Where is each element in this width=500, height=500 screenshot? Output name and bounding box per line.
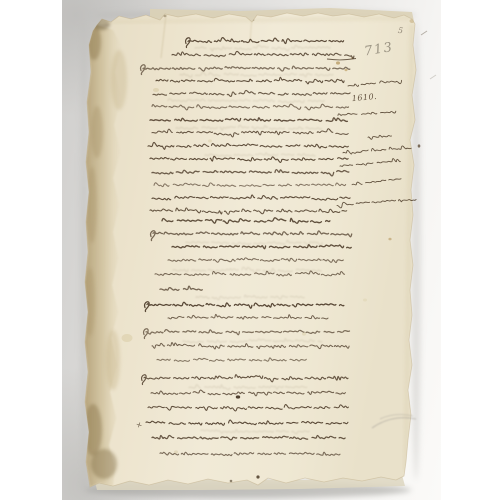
stain-blotch [91, 106, 103, 158]
page-canvas: 713 5 1610. + [0, 0, 500, 500]
shadow-left-edge [80, 20, 88, 490]
stain-blotch [106, 330, 120, 390]
age-speck [230, 480, 233, 482]
stain-blotch [87, 167, 97, 243]
manuscript-photo: 713 5 1610. + [0, 0, 500, 500]
age-speck [236, 395, 240, 398]
age-speck [256, 475, 259, 478]
age-speck [208, 140, 212, 143]
age-speck [153, 88, 159, 92]
stain-blotch [91, 449, 117, 479]
age-speck [345, 69, 348, 71]
age-speck [388, 238, 391, 241]
age-speck [336, 61, 340, 64]
paper-sheet [85, 13, 416, 487]
stain-blotch [111, 50, 127, 110]
ink-speck [418, 144, 421, 147]
age-speck [122, 334, 133, 342]
age-speck [363, 299, 367, 302]
stray-mark [430, 75, 436, 79]
age-speck [302, 332, 306, 335]
stray-mark [421, 31, 427, 35]
stain-blotch [84, 404, 102, 456]
